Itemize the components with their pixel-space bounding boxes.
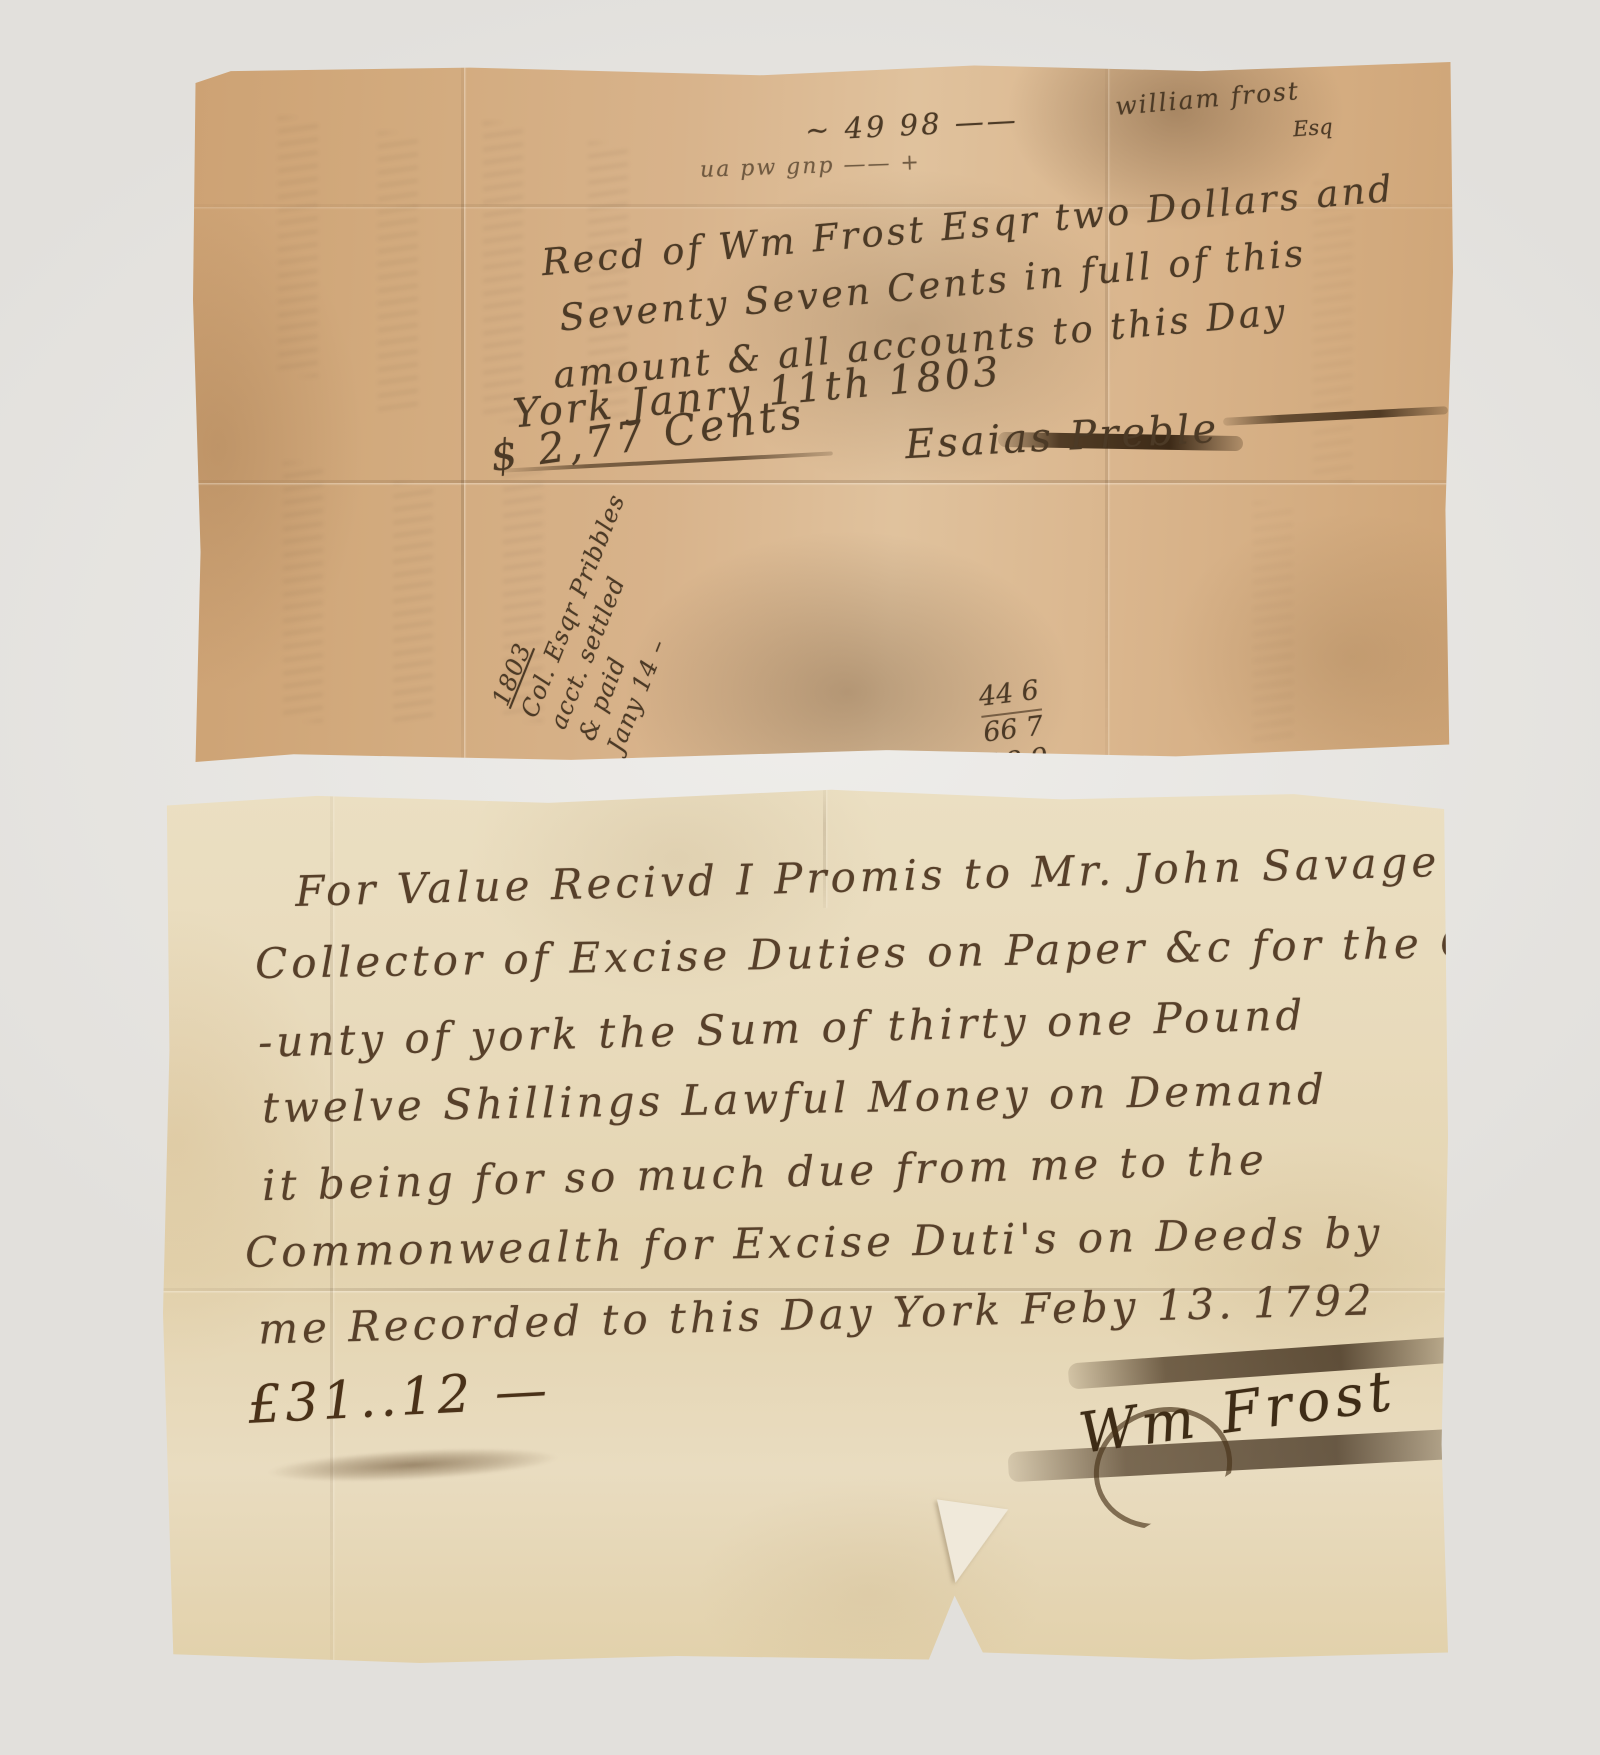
note-body-line: -unty of york the Sum of thirty one Poun… [258, 990, 1307, 1066]
note-body-line: twelve Shillings Lawful Money on Demand [262, 1065, 1329, 1133]
bleedthrough-marks [378, 132, 418, 412]
note-body-line: Commonwealth for Excise Duti's on Deeds … [245, 1208, 1384, 1277]
bleedthrough-marks [283, 462, 323, 722]
amount-pounds: £31..12 — [247, 1360, 553, 1436]
corner-owner-title: Esq [1292, 115, 1333, 142]
promissory-note-1792-paper: For Value Recivd I Promis to Mr. John Sa… [163, 788, 1448, 1663]
fold-crease-vertical [461, 62, 464, 762]
ink-smudge [267, 1442, 558, 1487]
signature-esaias-preble: Esaias Preble [904, 406, 1220, 468]
figure-row: L8 9 [985, 742, 1049, 781]
inverted-annotation-line1: ~ 49 98 —— [804, 102, 1019, 147]
note-body-line: Collector of Excise Duties on Paper &c f… [255, 917, 1524, 988]
photo-of-two-manuscript-receipts: william frost Esq ~ 49 98 —— ua pw gnp —… [0, 0, 1600, 1755]
bleedthrough-marks [393, 482, 433, 722]
torn-paper-flap [926, 1499, 1008, 1588]
inverted-annotation-line2: ua pw gnp —— + [700, 150, 922, 183]
bleedthrough-marks [278, 117, 318, 377]
corner-owner-name: william frost [1114, 76, 1301, 121]
bleedthrough-marks [1313, 182, 1353, 482]
inverted-figures: 44 6 66 7 L8 9 [977, 675, 1050, 782]
receipt-1803-paper: william frost Esq ~ 49 98 —— ua pw gnp —… [193, 62, 1453, 762]
fold-crease-horizontal [193, 480, 1453, 483]
bleedthrough-marks [483, 122, 523, 422]
bleedthrough-marks [1253, 502, 1293, 742]
note-body-line: it being for so much due from me to the [262, 1135, 1269, 1210]
note-body-line: For Value Recivd I Promis to Mr. John Sa… [295, 837, 1441, 916]
